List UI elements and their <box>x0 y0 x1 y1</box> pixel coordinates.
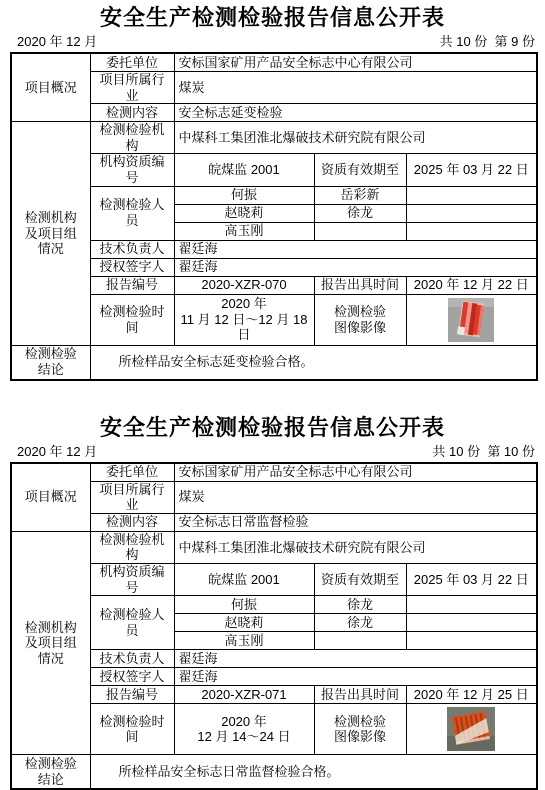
content-value: 安全标志延变检验 <box>174 104 537 122</box>
table-row: 检测检验 结论 所检样品安全标志延变检验合格。 <box>11 345 537 380</box>
content-label: 检测内容 <box>90 513 174 531</box>
test-time-label: 检测检验时间 <box>90 704 174 755</box>
table-row: 项目概况 委托单位 安标国家矿用产品安全标志中心有限公司 <box>11 463 537 482</box>
image-label: 检测检验 图像影像 <box>314 704 406 755</box>
report-period: 2020 年 12 月 <box>17 444 97 460</box>
tech-lead-value: 翟廷海 <box>174 650 537 668</box>
table-row: 检测机构 及项目组 情况 检测检验机构 中煤科工集团淮北爆破技术研究院有限公司 <box>11 531 537 563</box>
table-row: 项目所属行业 煤炭 <box>11 481 537 513</box>
section-conclusion: 检测检验 结论 <box>11 755 90 790</box>
staff-name-cell: 高玉刚 <box>174 632 314 650</box>
staff-name-cell: 徐龙 <box>314 614 406 632</box>
page-title: 安全生产检测检验报告信息公开表 <box>0 0 545 32</box>
license-value: 皖煤监 2001 <box>174 563 314 595</box>
table-row: 授权签字人 翟廷海 <box>11 258 537 276</box>
table-row: 检测检验时间 2020 年 11 月 12 日～12 月 18 日 检测检验 图… <box>11 294 537 345</box>
client-label: 委托单位 <box>90 463 174 482</box>
staff-empty-cell <box>314 632 406 650</box>
table-row: 报告编号 2020-XZR-070 报告出具时间 2020 年 12 月 22 … <box>11 276 537 294</box>
report-form-1: 安全生产检测检验报告信息公开表 2020 年 12 月 共 10 份 第 9 份… <box>0 0 545 381</box>
signer-label: 授权签字人 <box>90 258 174 276</box>
industry-value: 煤炭 <box>174 72 537 104</box>
section-conclusion: 检测检验 结论 <box>11 345 90 380</box>
test-time-value: 2020 年 11 月 12 日～12 月 18 日 <box>174 294 314 345</box>
table-row: 检测机构 及项目组 情况 检测检验机构 中煤科工集团淮北爆破技术研究院有限公司 <box>11 122 537 154</box>
conclusion-value: 所检样品安全标志日常监督检验合格。 <box>90 755 537 790</box>
issue-date-label: 报告出具时间 <box>314 686 406 704</box>
signer-label: 授权签字人 <box>90 668 174 686</box>
staff-label: 检测检验人员 <box>90 186 174 240</box>
agency-value: 中煤科工集团淮北爆破技术研究院有限公司 <box>174 531 537 563</box>
table-row: 技术负责人 翟廷海 <box>11 240 537 258</box>
tech-lead-label: 技术负责人 <box>90 240 174 258</box>
staff-name-cell: 岳彩新 <box>314 186 406 204</box>
report-no-label: 报告编号 <box>90 276 174 294</box>
agency-value: 中煤科工集团淮北爆破技术研究院有限公司 <box>174 122 537 154</box>
validity-label: 资质有效期至 <box>314 563 406 595</box>
issue-date-value: 2020 年 12 月 22 日 <box>406 276 537 294</box>
staff-name-cell: 徐龙 <box>314 204 406 222</box>
report-period: 2020 年 12 月 <box>17 34 97 50</box>
license-label: 机构资质编号 <box>90 563 174 595</box>
staff-name-cell: 何振 <box>174 596 314 614</box>
industry-label: 项目所属行业 <box>90 72 174 104</box>
table-row: 项目概况 委托单位 安标国家矿用产品安全标志中心有限公司 <box>11 53 537 72</box>
industry-label: 项目所属行业 <box>90 481 174 513</box>
staff-empty-cell <box>406 204 537 222</box>
license-value: 皖煤监 2001 <box>174 154 314 186</box>
staff-empty-cell <box>406 596 537 614</box>
staff-empty-cell <box>406 186 537 204</box>
validity-value: 2025 年 03 月 22 日 <box>406 154 537 186</box>
page-title: 安全生产检测检验报告信息公开表 <box>0 381 545 442</box>
validity-label: 资质有效期至 <box>314 154 406 186</box>
table-row: 检测检验 结论 所检样品安全标志日常监督检验合格。 <box>11 755 537 790</box>
validity-value: 2025 年 03 月 22 日 <box>406 563 537 595</box>
agency-label: 检测检验机构 <box>90 531 174 563</box>
agency-label: 检测检验机构 <box>90 122 174 154</box>
staff-name-cell: 何振 <box>174 186 314 204</box>
license-label: 机构资质编号 <box>90 154 174 186</box>
section-org-team: 检测机构 及项目组 情况 <box>11 122 90 345</box>
table-row: 检测内容 安全标志日常监督检验 <box>11 513 537 531</box>
section-project-overview: 项目概况 <box>11 53 90 122</box>
table-row: 检测检验人员 何振 徐龙 <box>11 596 537 614</box>
staff-empty-cell <box>406 632 537 650</box>
report-copies: 共 10 份 第 9 份 <box>440 34 535 50</box>
content-value: 安全标志日常监督检验 <box>174 513 537 531</box>
report-table: 项目概况 委托单位 安标国家矿用产品安全标志中心有限公司 项目所属行业 煤炭 检… <box>10 52 538 381</box>
table-row: 授权签字人 翟廷海 <box>11 668 537 686</box>
content-label: 检测内容 <box>90 104 174 122</box>
table-row: 项目所属行业 煤炭 <box>11 72 537 104</box>
table-row: 机构资质编号 皖煤监 2001 资质有效期至 2025 年 03 月 22 日 <box>11 563 537 595</box>
sample-photo <box>447 707 495 751</box>
table-row: 技术负责人 翟廷海 <box>11 650 537 668</box>
table-row: 检测检验时间 2020 年 12 月 14～24 日 检测检验 图像影像 <box>11 704 537 755</box>
report-table: 项目概况 委托单位 安标国家矿用产品安全标志中心有限公司 项目所属行业 煤炭 检… <box>10 462 538 790</box>
staff-name-cell: 高玉刚 <box>174 222 314 240</box>
test-time-label: 检测检验时间 <box>90 294 174 345</box>
table-row: 机构资质编号 皖煤监 2001 资质有效期至 2025 年 03 月 22 日 <box>11 154 537 186</box>
signer-value: 翟廷海 <box>174 668 537 686</box>
tech-lead-value: 翟廷海 <box>174 240 537 258</box>
issue-date-label: 报告出具时间 <box>314 276 406 294</box>
image-label: 检测检验 图像影像 <box>314 294 406 345</box>
report-no-label: 报告编号 <box>90 686 174 704</box>
staff-empty-cell <box>314 222 406 240</box>
report-form-2: 安全生产检测检验报告信息公开表 2020 年 12 月 共 10 份 第 10 … <box>0 381 545 790</box>
tech-lead-label: 技术负责人 <box>90 650 174 668</box>
staff-empty-cell <box>406 222 537 240</box>
report-copies: 共 10 份 第 10 份 <box>432 444 535 460</box>
staff-label: 检测检验人员 <box>90 596 174 650</box>
photo-cell <box>406 704 537 755</box>
report-no-value: 2020-XZR-070 <box>174 276 314 294</box>
staff-name-cell: 徐龙 <box>314 596 406 614</box>
staff-empty-cell <box>406 614 537 632</box>
table-row: 检测内容 安全标志延变检验 <box>11 104 537 122</box>
client-value: 安标国家矿用产品安全标志中心有限公司 <box>174 463 537 482</box>
sample-photo <box>448 298 494 342</box>
meta-row: 2020 年 12 月 共 10 份 第 10 份 <box>17 444 535 460</box>
report-no-value: 2020-XZR-071 <box>174 686 314 704</box>
signer-value: 翟廷海 <box>174 258 537 276</box>
table-row: 检测检验人员 何振 岳彩新 <box>11 186 537 204</box>
staff-name-cell: 赵晓莉 <box>174 204 314 222</box>
test-time-value: 2020 年 12 月 14～24 日 <box>174 704 314 755</box>
photo-cell <box>406 294 537 345</box>
industry-value: 煤炭 <box>174 481 537 513</box>
issue-date-value: 2020 年 12 月 25 日 <box>406 686 537 704</box>
client-value: 安标国家矿用产品安全标志中心有限公司 <box>174 53 537 72</box>
client-label: 委托单位 <box>90 53 174 72</box>
meta-row: 2020 年 12 月 共 10 份 第 9 份 <box>17 34 535 50</box>
staff-name-cell: 赵晓莉 <box>174 614 314 632</box>
section-project-overview: 项目概况 <box>11 463 90 532</box>
section-org-team: 检测机构 及项目组 情况 <box>11 531 90 754</box>
table-row: 报告编号 2020-XZR-071 报告出具时间 2020 年 12 月 25 … <box>11 686 537 704</box>
conclusion-value: 所检样品安全标志延变检验合格。 <box>90 345 537 380</box>
